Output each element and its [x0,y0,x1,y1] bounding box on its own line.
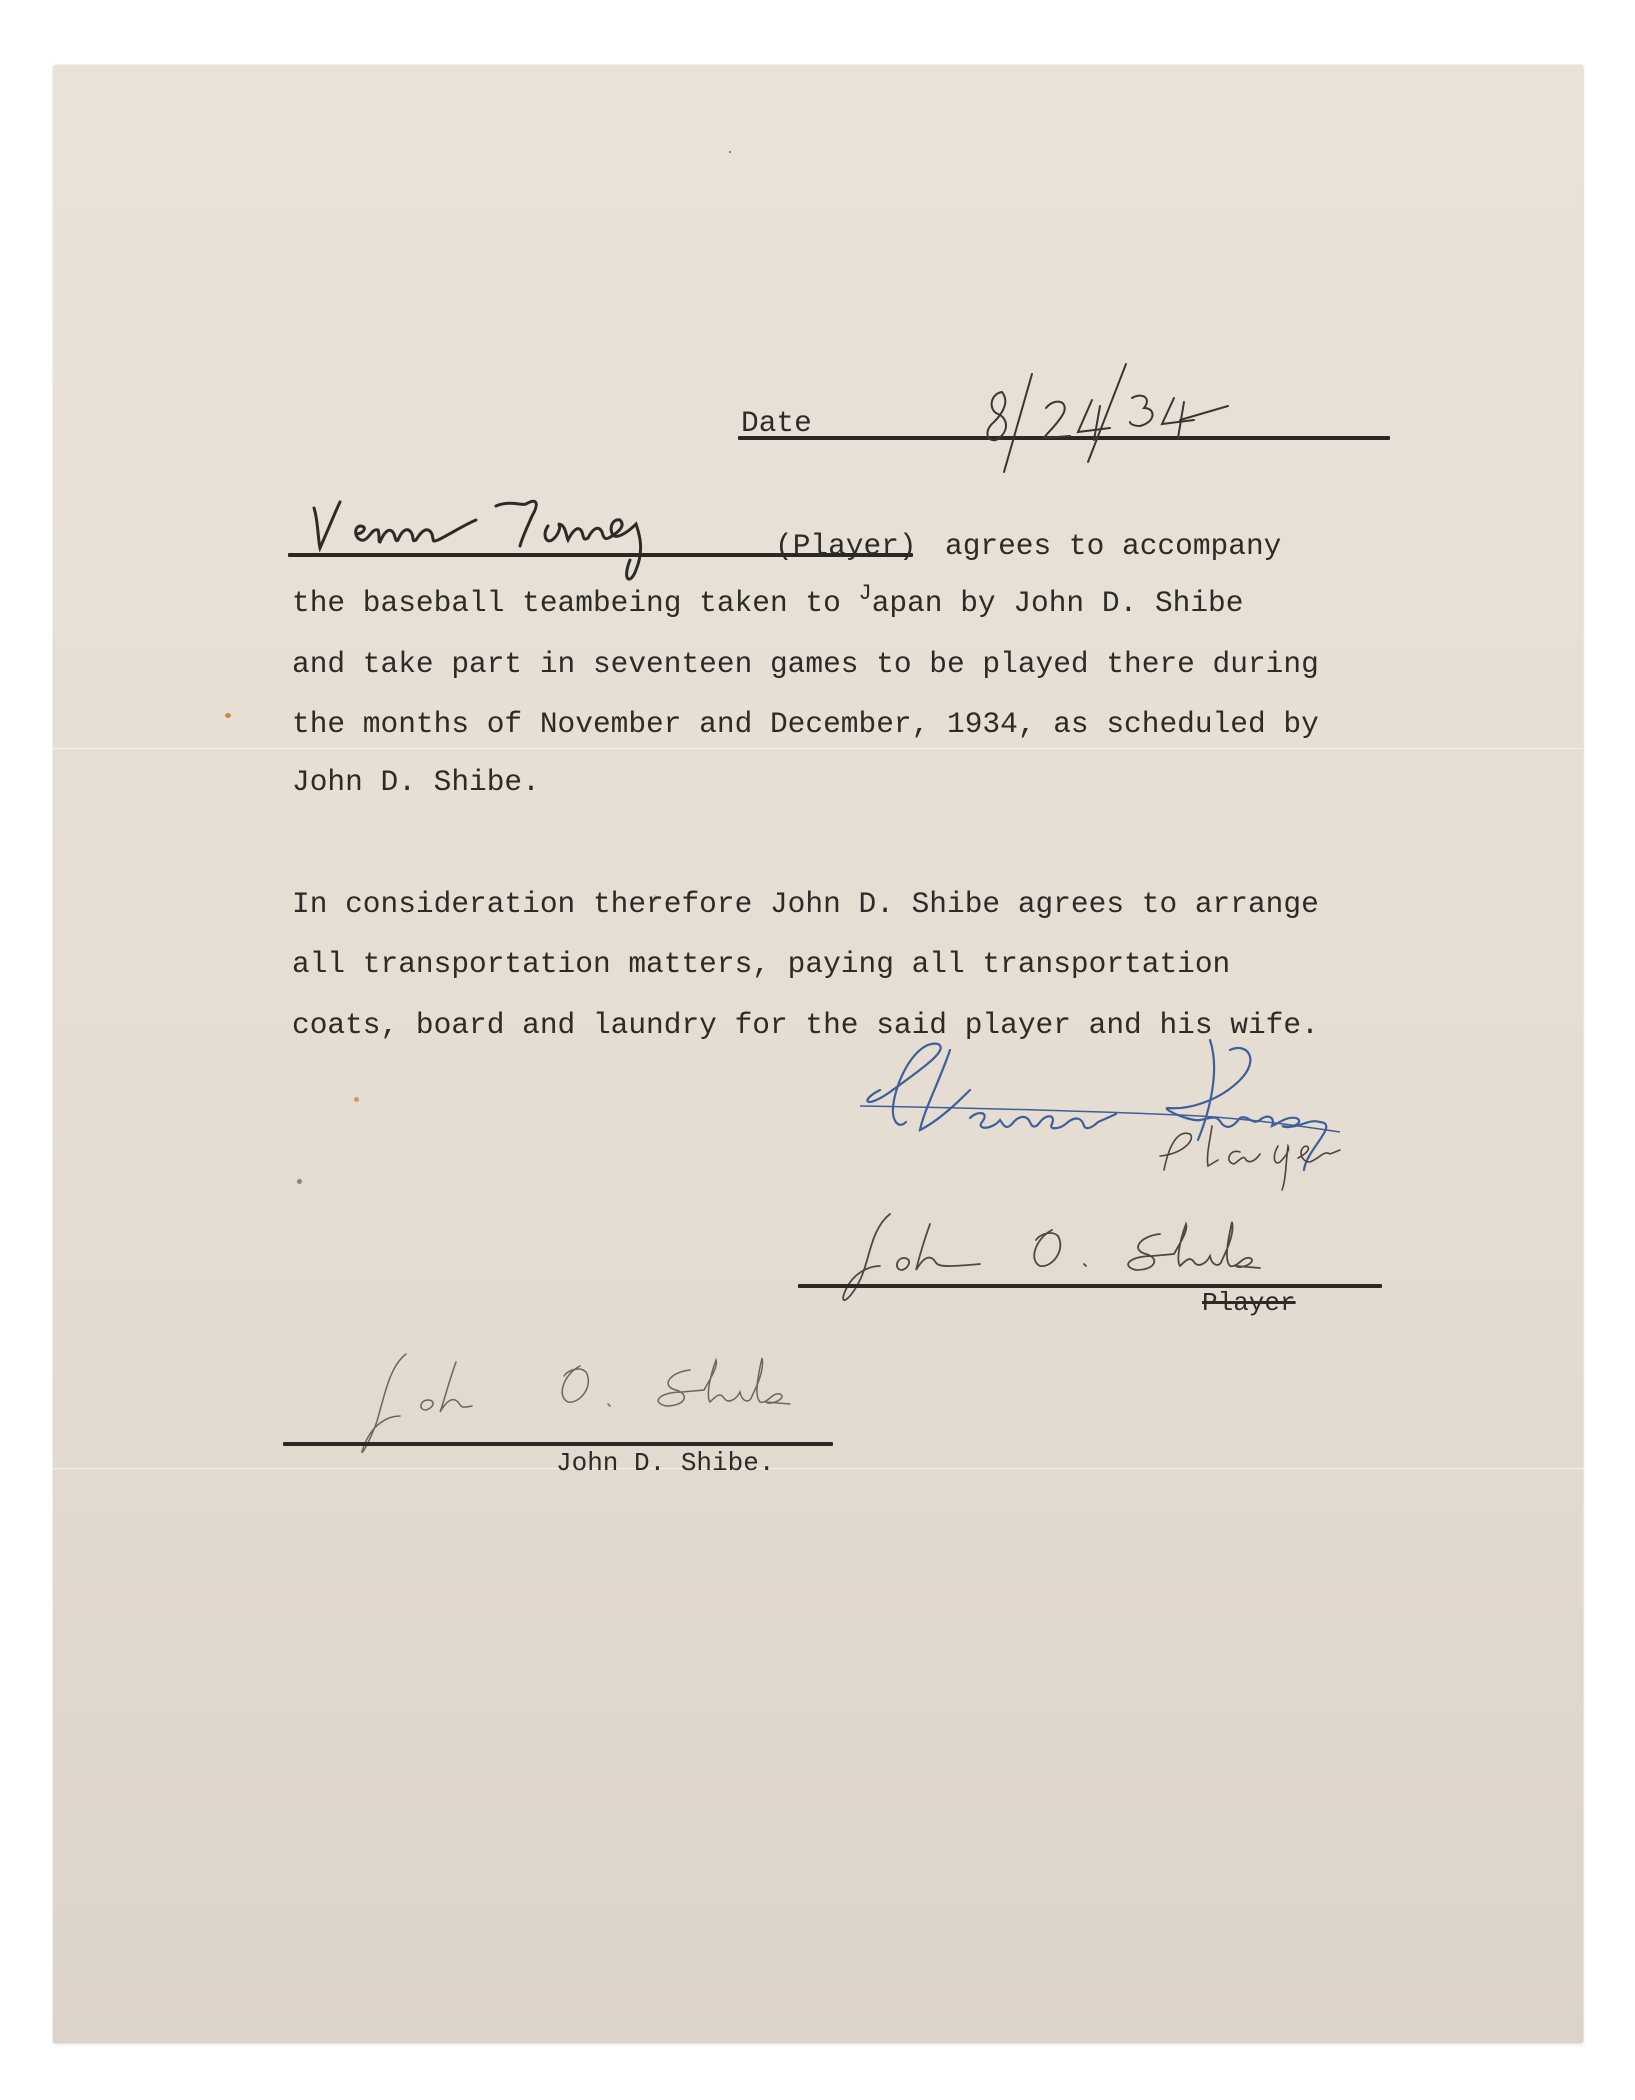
foxing-spot [729,151,731,153]
shibe-lower-signature-line [283,1442,833,1446]
signature-vernon-gomez [820,1030,1460,1200]
paragraph1-line1-text: the baseball teambeing taken to [292,586,859,620]
paragraph1-line3: the months of November and December, 193… [292,710,1319,740]
paragraph2-line1: In consideration therefore John D. Shibe… [292,890,1319,920]
paragraph2-line2: all transportation matters, paying all t… [292,950,1230,980]
signature-john-shibe-upper [830,1210,1390,1310]
date-label: Date [741,409,812,439]
foxing-spot [297,1179,302,1184]
struck-player-label: Player [1202,1290,1296,1316]
player-role-label: (Player) [775,532,917,562]
paragraph1-line4: John D. Shibe. [292,768,540,798]
agreement-intro-text: agrees to accompany [945,532,1281,562]
foxing-spot [225,713,231,718]
paragraph1-line2: and take part in seventeen games to be p… [292,650,1319,680]
paragraph1-line1: the baseball teambeing taken to Japan by… [292,589,1243,619]
shibe-typed-name: John D. Shibe. [556,1450,774,1476]
superscript-j: J [859,581,872,606]
fold-crease-upper [53,747,1583,750]
foxing-spot [354,1097,359,1102]
handwritten-date [980,362,1340,472]
paragraph1-line1-rest: apan by John D. Shibe [872,586,1244,620]
